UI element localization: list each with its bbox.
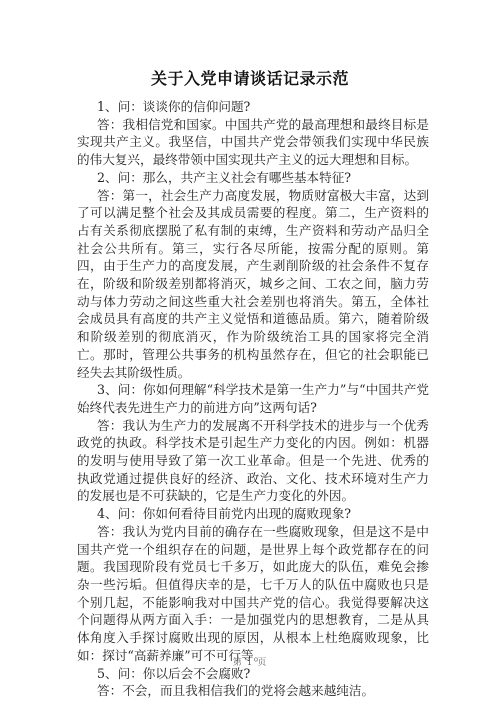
question-1: 1、问：谈谈你的信仰问题? xyxy=(77,98,429,116)
question-2: 2、问：那么，共产主义社会有哪些基本特征? xyxy=(77,169,429,187)
question-4: 4、问：你如何看待目前党内出现的腐败现象? xyxy=(77,505,429,523)
document-body: 1、问：谈谈你的信仰问题? 答：我相信党和国家。中国共产党的最高理想和最终目标是… xyxy=(77,98,429,700)
question-3: 3、问：你如何理解“科学技术是第一生产力”与“中国共产党始终代表先进生产力的前进… xyxy=(77,381,429,416)
answer-4: 答：我认为党内目前的确存在一些腐败现象，但是这不是中国共产党一个组织存在的问题，… xyxy=(77,523,429,665)
answer-2: 答：第一，社会生产力高度发展，物质财富极大丰富，达到了可以满足整个社会及其成员需… xyxy=(77,187,429,382)
answer-1: 答：我相信党和国家。中国共产党的最高理想和最终目标是实现共产主义。我坚信，中国共… xyxy=(77,116,429,169)
answer-3: 答：我认为生产力的发展离不开科学技术的进步与一个优秀政党的执政。科学技术是引起生… xyxy=(77,417,429,506)
page-number: 第 1 页 xyxy=(0,655,500,668)
document-page: 关于入党申请谈话记录示范 1、问：谈谈你的信仰问题? 答：我相信党和国家。中国共… xyxy=(0,0,500,708)
answer-5: 答：不会，而且我相信我们的党将会越来越纯洁。 xyxy=(77,682,429,700)
document-title: 关于入党申请谈话记录示范 xyxy=(0,66,500,89)
